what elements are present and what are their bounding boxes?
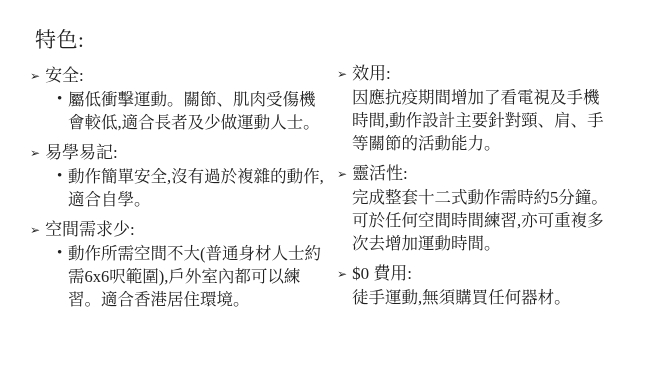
presentation-slide: 特色: ➢ 安全: • 屬低衝擊運動。關節、肌肉受傷機會較低,適合長者及少做運動…	[0, 0, 665, 374]
feature-item-easy-to-learn: ➢ 易學易記: • 動作簡單安全,沒有過於複雜的動作,適合自學。	[30, 141, 332, 211]
right-column: ➢ 效用: 因應抗疫期間增加了看電視及手機時間,動作設計主要針對頸、肩、手等關節…	[337, 62, 659, 309]
feature-heading-line: ➢ 靈活性:	[337, 162, 659, 186]
feature-detail-line: • 屬低衝擊運動。關節、肌肉受傷機會較低,適合長者及少做運動人士。	[57, 88, 332, 134]
feature-detail: 徒手運動,無須購買任何器材。	[352, 286, 610, 309]
left-column: ➢ 安全: • 屬低衝擊運動。關節、肌肉受傷機會較低,適合長者及少做運動人士。 …	[30, 64, 332, 311]
feature-heading-line: ➢ 易學易記:	[30, 141, 332, 165]
feature-heading: 空間需求少:	[45, 218, 135, 242]
feature-detail: 動作所需空間不大(普通身材人士約需6x6呎範圍),戶外室內都可以練習。適合香港居…	[68, 242, 324, 311]
dot-bullet-icon: •	[57, 88, 68, 111]
feature-detail-line: • 動作簡單安全,沒有過於複雜的動作,適合自學。	[57, 165, 332, 211]
arrow-bullet-icon: ➢	[30, 64, 40, 88]
feature-item-small-space: ➢ 空間需求少: • 動作所需空間不大(普通身材人士約需6x6呎範圍),戶外室內…	[30, 218, 332, 311]
feature-heading: 效用:	[352, 62, 391, 86]
arrow-bullet-icon: ➢	[337, 62, 347, 86]
feature-heading-line: ➢ 效用:	[337, 62, 659, 86]
slide-title: 特色:	[35, 24, 84, 54]
feature-detail: 因應抗疫期間增加了看電視及手機時間,動作設計主要針對頸、肩、手等關節的活動能力。	[352, 86, 610, 155]
feature-heading-line: ➢ 空間需求少:	[30, 218, 332, 242]
feature-item-safety: ➢ 安全: • 屬低衝擊運動。關節、肌肉受傷機會較低,適合長者及少做運動人士。	[30, 64, 332, 134]
feature-item-flexibility: ➢ 靈活性: 完成整套十二式動作需時約5分鐘。可於任何空間時間練習,亦可重複多次…	[337, 162, 659, 255]
arrow-bullet-icon: ➢	[30, 218, 40, 242]
feature-detail-line: • 動作所需空間不大(普通身材人士約需6x6呎範圍),戶外室內都可以練習。適合香…	[57, 242, 332, 311]
arrow-bullet-icon: ➢	[337, 262, 347, 286]
feature-heading: 易學易記:	[45, 141, 118, 165]
feature-heading: 安全:	[45, 64, 84, 88]
arrow-bullet-icon: ➢	[30, 141, 40, 165]
dot-bullet-icon: •	[57, 165, 68, 188]
feature-heading-line: ➢ 安全:	[30, 64, 332, 88]
feature-heading-line: ➢ $0 費用:	[337, 262, 659, 286]
arrow-bullet-icon: ➢	[337, 162, 347, 186]
feature-detail: 屬低衝擊運動。關節、肌肉受傷機會較低,適合長者及少做運動人士。	[68, 88, 324, 134]
feature-detail: 動作簡單安全,沒有過於複雜的動作,適合自學。	[68, 165, 324, 211]
feature-heading: 靈活性:	[352, 162, 408, 186]
dot-bullet-icon: •	[57, 242, 68, 265]
feature-item-effectiveness: ➢ 效用: 因應抗疫期間增加了看電視及手機時間,動作設計主要針對頸、肩、手等關節…	[337, 62, 659, 155]
feature-item-zero-cost: ➢ $0 費用: 徒手運動,無須購買任何器材。	[337, 262, 659, 309]
feature-detail: 完成整套十二式動作需時約5分鐘。可於任何空間時間練習,亦可重複多次去增加運動時間…	[352, 186, 610, 255]
feature-heading: $0 費用:	[352, 262, 412, 286]
